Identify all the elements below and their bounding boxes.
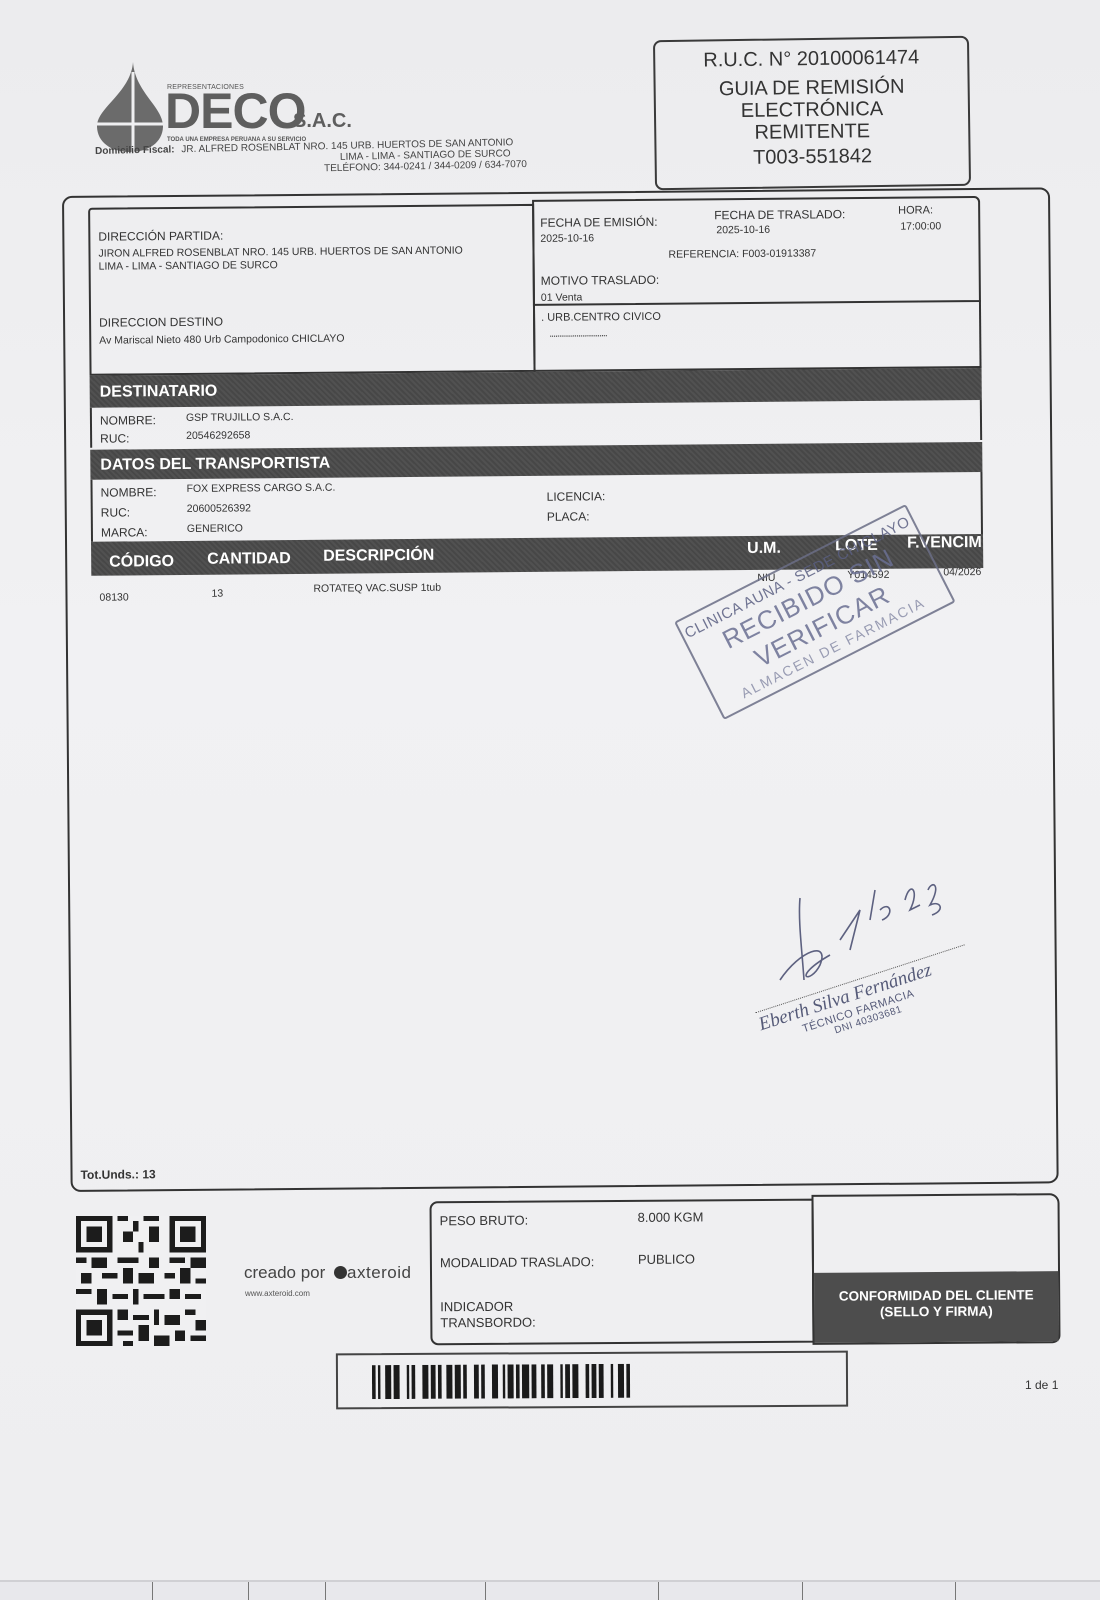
peso-value: 8.000 KGM (638, 1209, 704, 1224)
dates-box: FECHA DE EMISIÓN: 2025-10-16 FECHA DE TR… (532, 196, 981, 306)
creado-por-label: creado por axteroid (244, 1263, 412, 1283)
dest-nombre-label: NOMBRE: (100, 413, 156, 427)
guia-remision-document: REPRESENTACIONES DECO S.A.C. TODA UNA EM… (0, 0, 1100, 1600)
client-conformity-box[interactable]: CONFORMIDAD DEL CLIENTE (SELLO Y FIRMA) (811, 1193, 1060, 1345)
col-um: U.M. (747, 540, 781, 558)
indicador-label-2: TRANSBORDO: (440, 1315, 535, 1331)
urb-box: . URB.CENTRO CIVICO ....................… (533, 300, 982, 372)
dest-ruc-value: 20546292658 (186, 429, 250, 442)
qr-code-icon (76, 1214, 206, 1348)
trans-marca-value: GENERICO (187, 522, 243, 534)
destino-value: Av Mariscal Nieto 480 Urb Campodonico CH… (99, 333, 344, 347)
traslado-value: 2025-10-16 (716, 224, 770, 236)
modalidad-value: PUBLICO (638, 1251, 695, 1266)
creado-por-text: creado por (244, 1263, 325, 1282)
destino-label: DIRECCION DESTINO (99, 315, 223, 330)
partida-label: DIRECCIÓN PARTIDA: (98, 229, 223, 244)
conformity-label: CONFORMIDAD DEL CLIENTE (SELLO Y FIRMA) (814, 1271, 1058, 1343)
trans-nombre-label: NOMBRE: (101, 485, 157, 499)
peso-label: PESO BRUTO: (440, 1213, 529, 1229)
emision-value: 2025-10-16 (540, 232, 594, 244)
col-codigo: CÓDIGO (109, 553, 174, 572)
row-descripcion: ROTATEQ VAC.SUSP 1tub (313, 582, 441, 595)
motivo-value: 01 Venta (541, 291, 583, 303)
urb-dots: .............................. (549, 327, 607, 340)
page-number: 1 de 1 (1025, 1378, 1058, 1392)
partida-line2: LIMA - LIMA - SANTIAGO DE SURCO (99, 259, 278, 273)
brand-url: www.axteroid.com (245, 1289, 310, 1298)
hora-label: HORA: (898, 204, 933, 216)
paper-edge (0, 1580, 1100, 1600)
signature-block: Eberth Silva Fernández TÉCNICO FARMACIA … (770, 870, 990, 1060)
address-box: DIRECCIÓN PARTIDA: JIRON ALFRED ROSENBLA… (88, 204, 535, 376)
logo-suffix: S.A.C. (293, 110, 352, 133)
referencia: REFERENCIA: F003-01913387 (668, 247, 816, 260)
fiscal-label: Domicilio Fiscal: (95, 144, 175, 157)
partida-line1: JIRON ALFRED ROSENBLAT NRO. 145 URB. HUE… (98, 245, 462, 260)
trans-nombre-value: FOX EXPRESS CARGO S.A.C. (187, 482, 336, 495)
col-descripcion: DESCRIPCIÓN (323, 547, 434, 566)
transportista-section: NOMBRE: FOX EXPRESS CARGO S.A.C. RUC: 20… (90, 472, 983, 542)
barcode-box (336, 1351, 848, 1410)
conformity-line1: CONFORMIDAD DEL CLIENTE (814, 1287, 1058, 1305)
row-codigo: 08130 (99, 591, 128, 603)
urb-line: . URB.CENTRO CIVICO (541, 311, 661, 324)
indicador-label-1: INDICADOR (440, 1299, 513, 1315)
barcode-icon (372, 1363, 812, 1399)
trans-ruc-label: RUC: (101, 505, 130, 519)
logo-name: DECO (165, 86, 305, 136)
motivo-label: MOTIVO TRASLADO: (541, 273, 660, 288)
trans-marca-label: MARCA: (101, 525, 148, 539)
destinatario-section: NOMBRE: GSP TRUJILLO S.A.C. RUC: 2054629… (90, 400, 982, 448)
trans-ruc-value: 20600526392 (187, 502, 251, 515)
dest-ruc-label: RUC: (100, 431, 129, 445)
dest-nombre-value: GSP TRUJILLO S.A.C. (186, 411, 294, 424)
document-number: T003-551842 (656, 144, 968, 171)
emision-label: FECHA DE EMISIÓN: (540, 215, 657, 230)
conformity-line2: (SELLO Y FIRMA) (814, 1303, 1058, 1321)
axteroid-logo-icon (334, 1266, 347, 1279)
row-vencim: 04/2026 (943, 566, 981, 578)
hora-value: 17:00:00 (900, 220, 941, 232)
traslado-label: FECHA DE TRASLADO: (714, 207, 845, 222)
total-units: Tot.Unds.: 13 (80, 1167, 155, 1182)
ruc-number: R.U.C. N° 20100061474 (655, 46, 967, 73)
document-id-box: R.U.C. N° 20100061474 GUIA DE REMISIÓN E… (653, 36, 971, 190)
row-cantidad: 13 (211, 588, 223, 600)
transport-info-box: PESO BRUTO: 8.000 KGM MODALIDAD TRASLADO… (430, 1199, 815, 1346)
col-cantidad: CANTIDAD (207, 550, 291, 569)
placa-label: PLACA: (547, 509, 590, 523)
drop-logo-icon (95, 62, 165, 152)
licencia-label: LICENCIA: (547, 489, 606, 504)
brand-name: axteroid (347, 1263, 411, 1282)
doc-title-3: REMITENTE (656, 119, 968, 145)
modalidad-label: MODALIDAD TRASLADO: (440, 1254, 594, 1270)
